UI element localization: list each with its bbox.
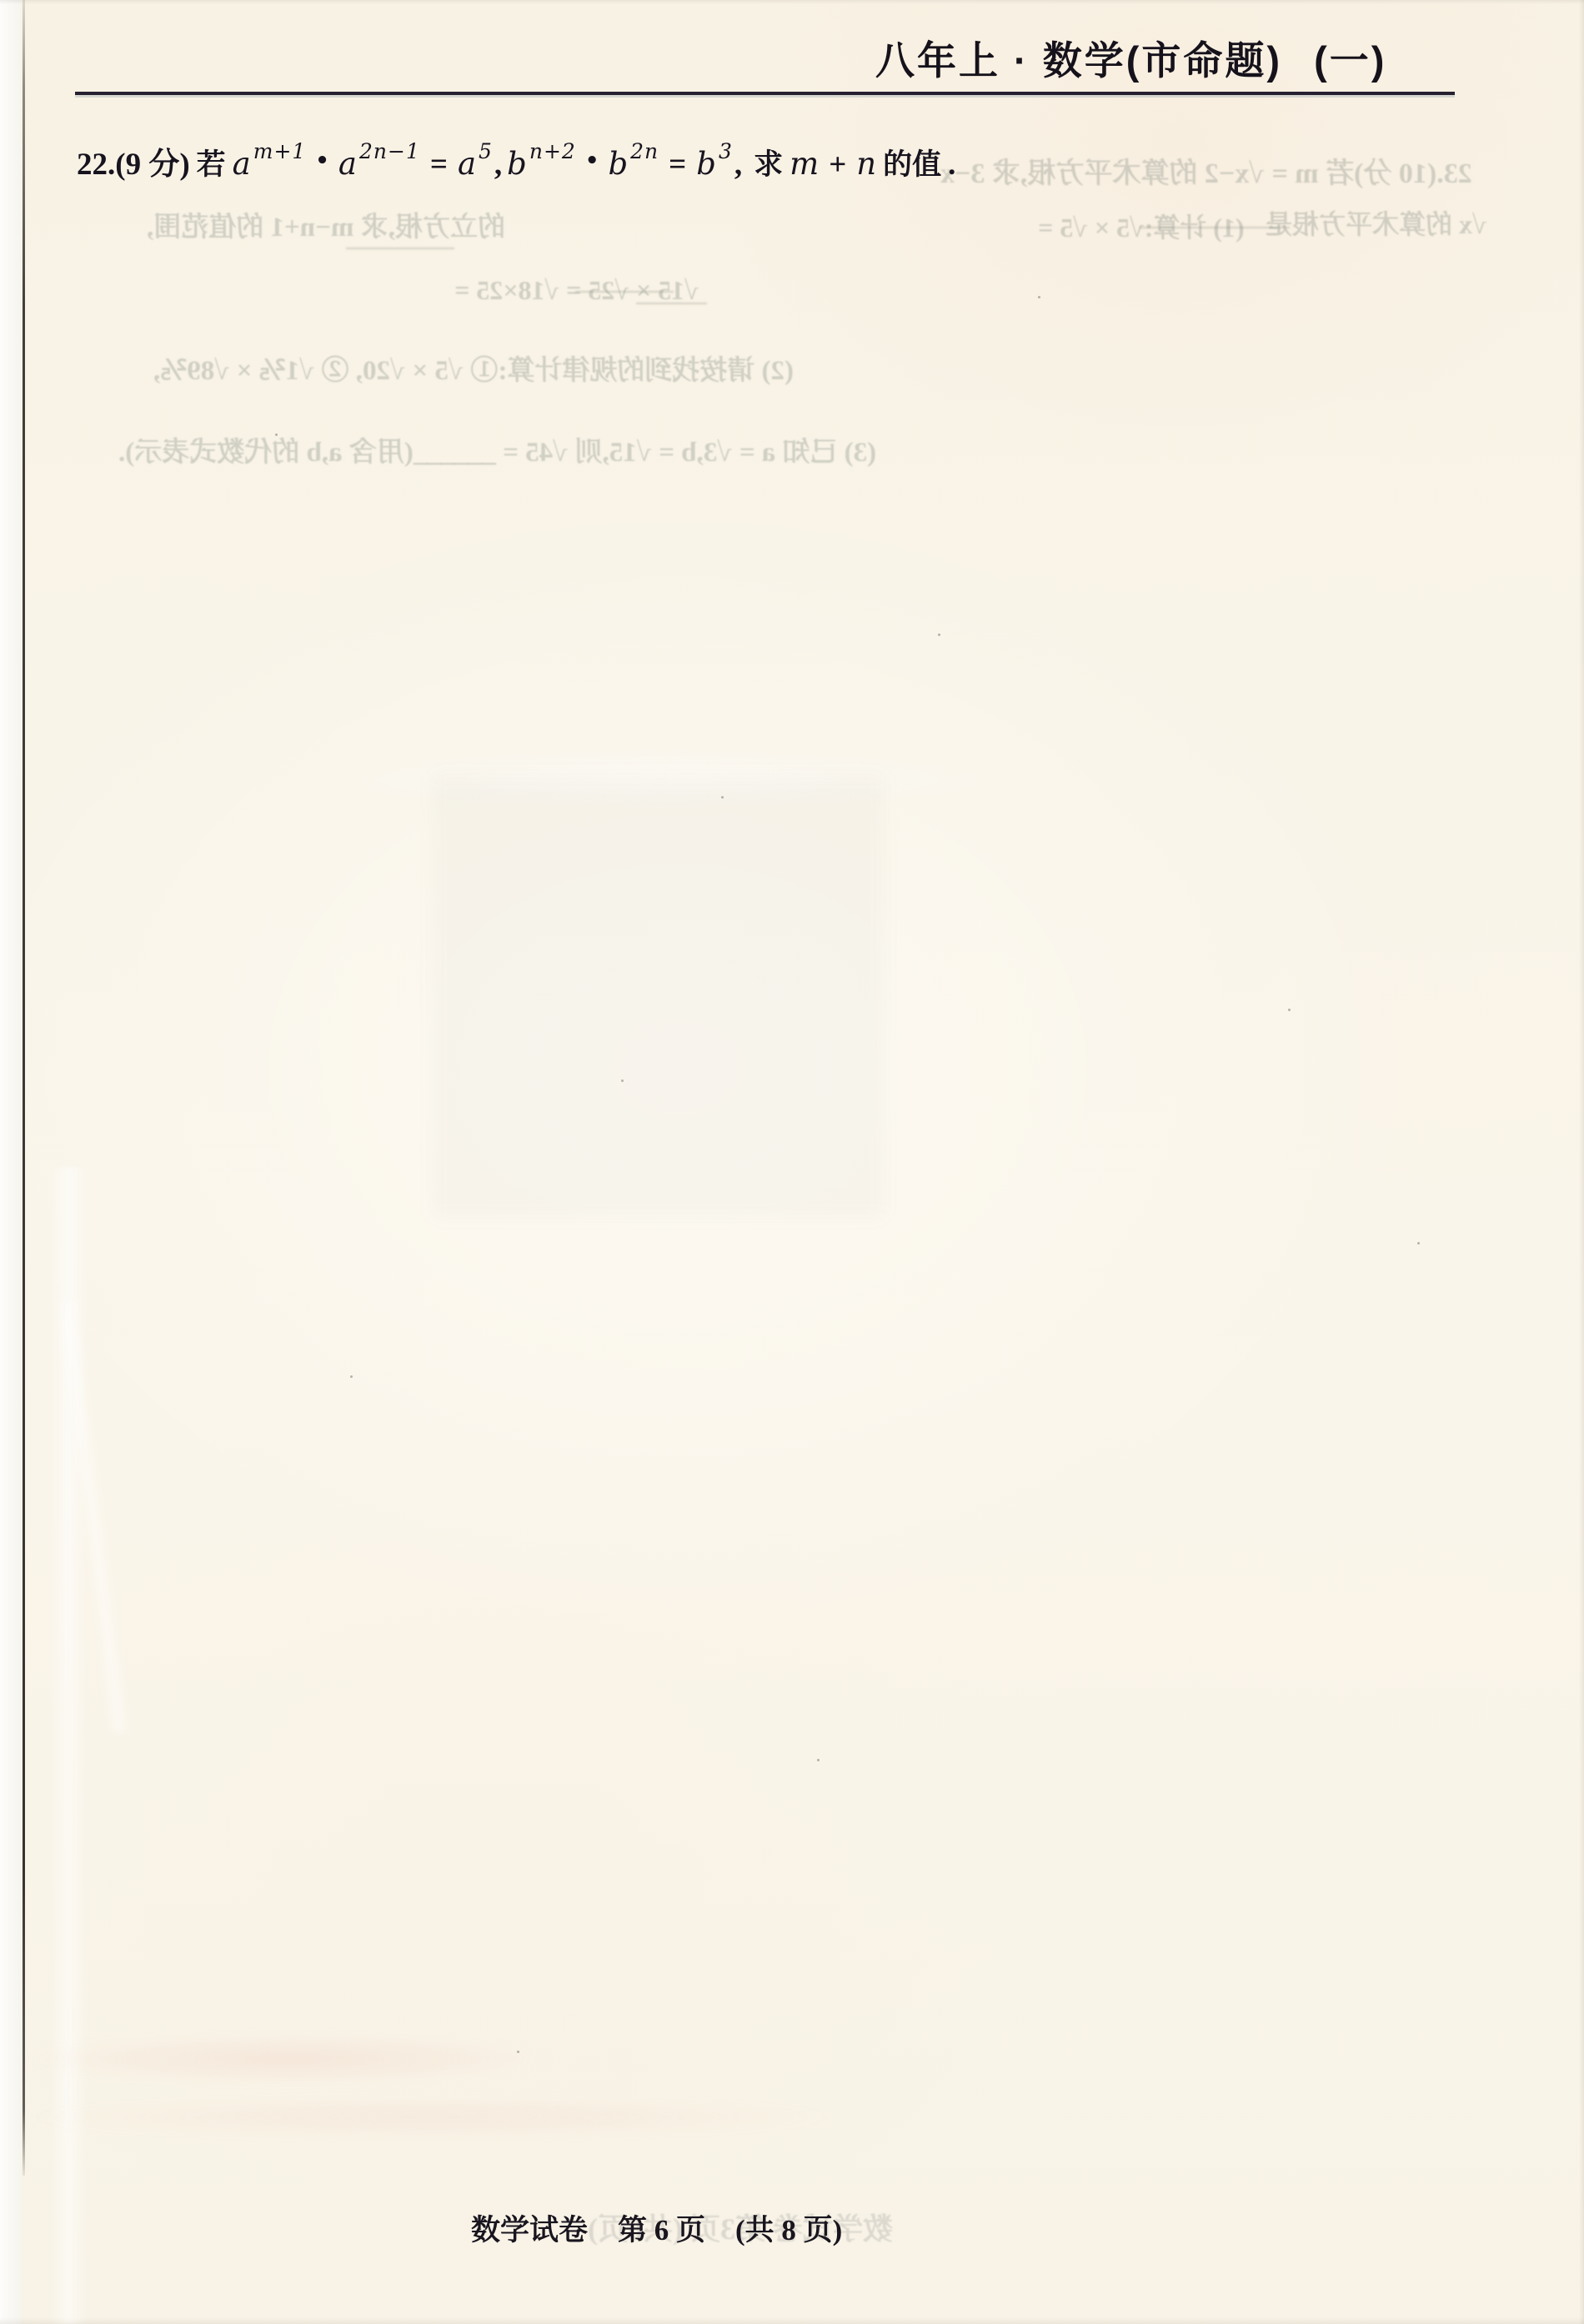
math-variable-n: n <box>856 146 876 182</box>
comma: , <box>494 148 502 182</box>
question-text-qiu: 求 <box>754 148 783 181</box>
equals-sign: = <box>669 148 686 182</box>
paper-speck <box>517 2051 519 2053</box>
bleedthrough-line: (3) 已知 a = √3,b = √15,则 √45 = ______(用含 … <box>118 430 876 469</box>
scan-top-edge-shade <box>0 0 1584 4</box>
header-course-title: 八年上 · 数学(市命题) <box>875 30 1282 86</box>
bleedthrough-line: (2) 请按找到的规律计算:① √5 × √20, ② √1⅖ × √89⅖, <box>153 348 794 388</box>
math-exponent: 3 <box>719 139 733 163</box>
header-paper-number: (一) <box>1314 30 1386 86</box>
math-variable-m: m <box>789 146 819 182</box>
math-base: b <box>696 146 716 182</box>
paper-speck <box>1417 1242 1420 1245</box>
equals-sign: = <box>430 148 448 182</box>
comma: , <box>734 148 742 182</box>
math-base: b <box>608 146 628 182</box>
bleedthrough-line: (1) 计算:√5 × √5 = <box>1038 207 1245 245</box>
scan-right-edge-shade <box>1579 0 1584 2324</box>
paper-speck <box>1038 296 1040 298</box>
header-rule <box>75 92 1455 95</box>
scanner-background <box>0 0 22 2324</box>
bleedthrough-line: 23.(10 分)若 m = √x−2 的算术平方根,求 3−x <box>940 150 1472 191</box>
math-exponent: n+2 <box>529 139 576 163</box>
math-exponent: 2n <box>630 139 659 163</box>
math-base: b <box>507 146 527 182</box>
question-22: 22.(9 分)若am+1•a2n−1=a5,bn+2•b2n=b3,求m+n的… <box>77 125 955 201</box>
math-exponent: 5 <box>479 139 493 163</box>
paper-edge-shadow <box>23 0 25 2176</box>
page-footer: 数学试卷 第 6 页 (共 8 页) <box>471 2207 842 2249</box>
paper-speck <box>1288 1009 1291 1011</box>
bleedthrough-underline <box>636 303 707 304</box>
page-header: 八年上 · 数学(市命题) (一) <box>875 30 1386 86</box>
multiplication-dot: • <box>585 148 599 173</box>
scan-bottom-edge-shade <box>0 2317 1584 2324</box>
bleedthrough-underline <box>575 291 674 293</box>
footer-booklet-label: 数学试卷 <box>471 2207 588 2249</box>
question-number-points: 22.(9 分) <box>77 148 190 182</box>
math-base: a <box>458 146 476 182</box>
bleedthrough-underline <box>1140 227 1290 228</box>
math-base: a <box>338 146 357 182</box>
footer-page-number: 第 6 页 <box>618 2207 705 2249</box>
bleedthrough-line: 的立方根,求 m−n+1 的值范围, <box>147 205 505 244</box>
multiplication-dot: • <box>315 148 329 173</box>
bleedthrough-shadow <box>434 775 884 1217</box>
paper-speck <box>938 634 940 636</box>
math-exponent: 2n−1 <box>359 139 420 163</box>
math-exponent: m+1 <box>253 139 307 163</box>
question-text-ruo: 若 <box>197 148 226 181</box>
footer-total-pages: (共 8 页) <box>735 2207 842 2249</box>
plus-sign: + <box>829 148 846 182</box>
question-text-dezhi: 的值 <box>883 148 941 181</box>
math-base: a <box>233 146 251 182</box>
bleedthrough-line: √x 的算术平方根是 <box>1266 203 1487 242</box>
period: . <box>948 148 955 182</box>
paper-speck <box>817 1759 820 1761</box>
paper-speck <box>350 1375 353 1378</box>
bleedthrough-underline <box>346 248 454 249</box>
